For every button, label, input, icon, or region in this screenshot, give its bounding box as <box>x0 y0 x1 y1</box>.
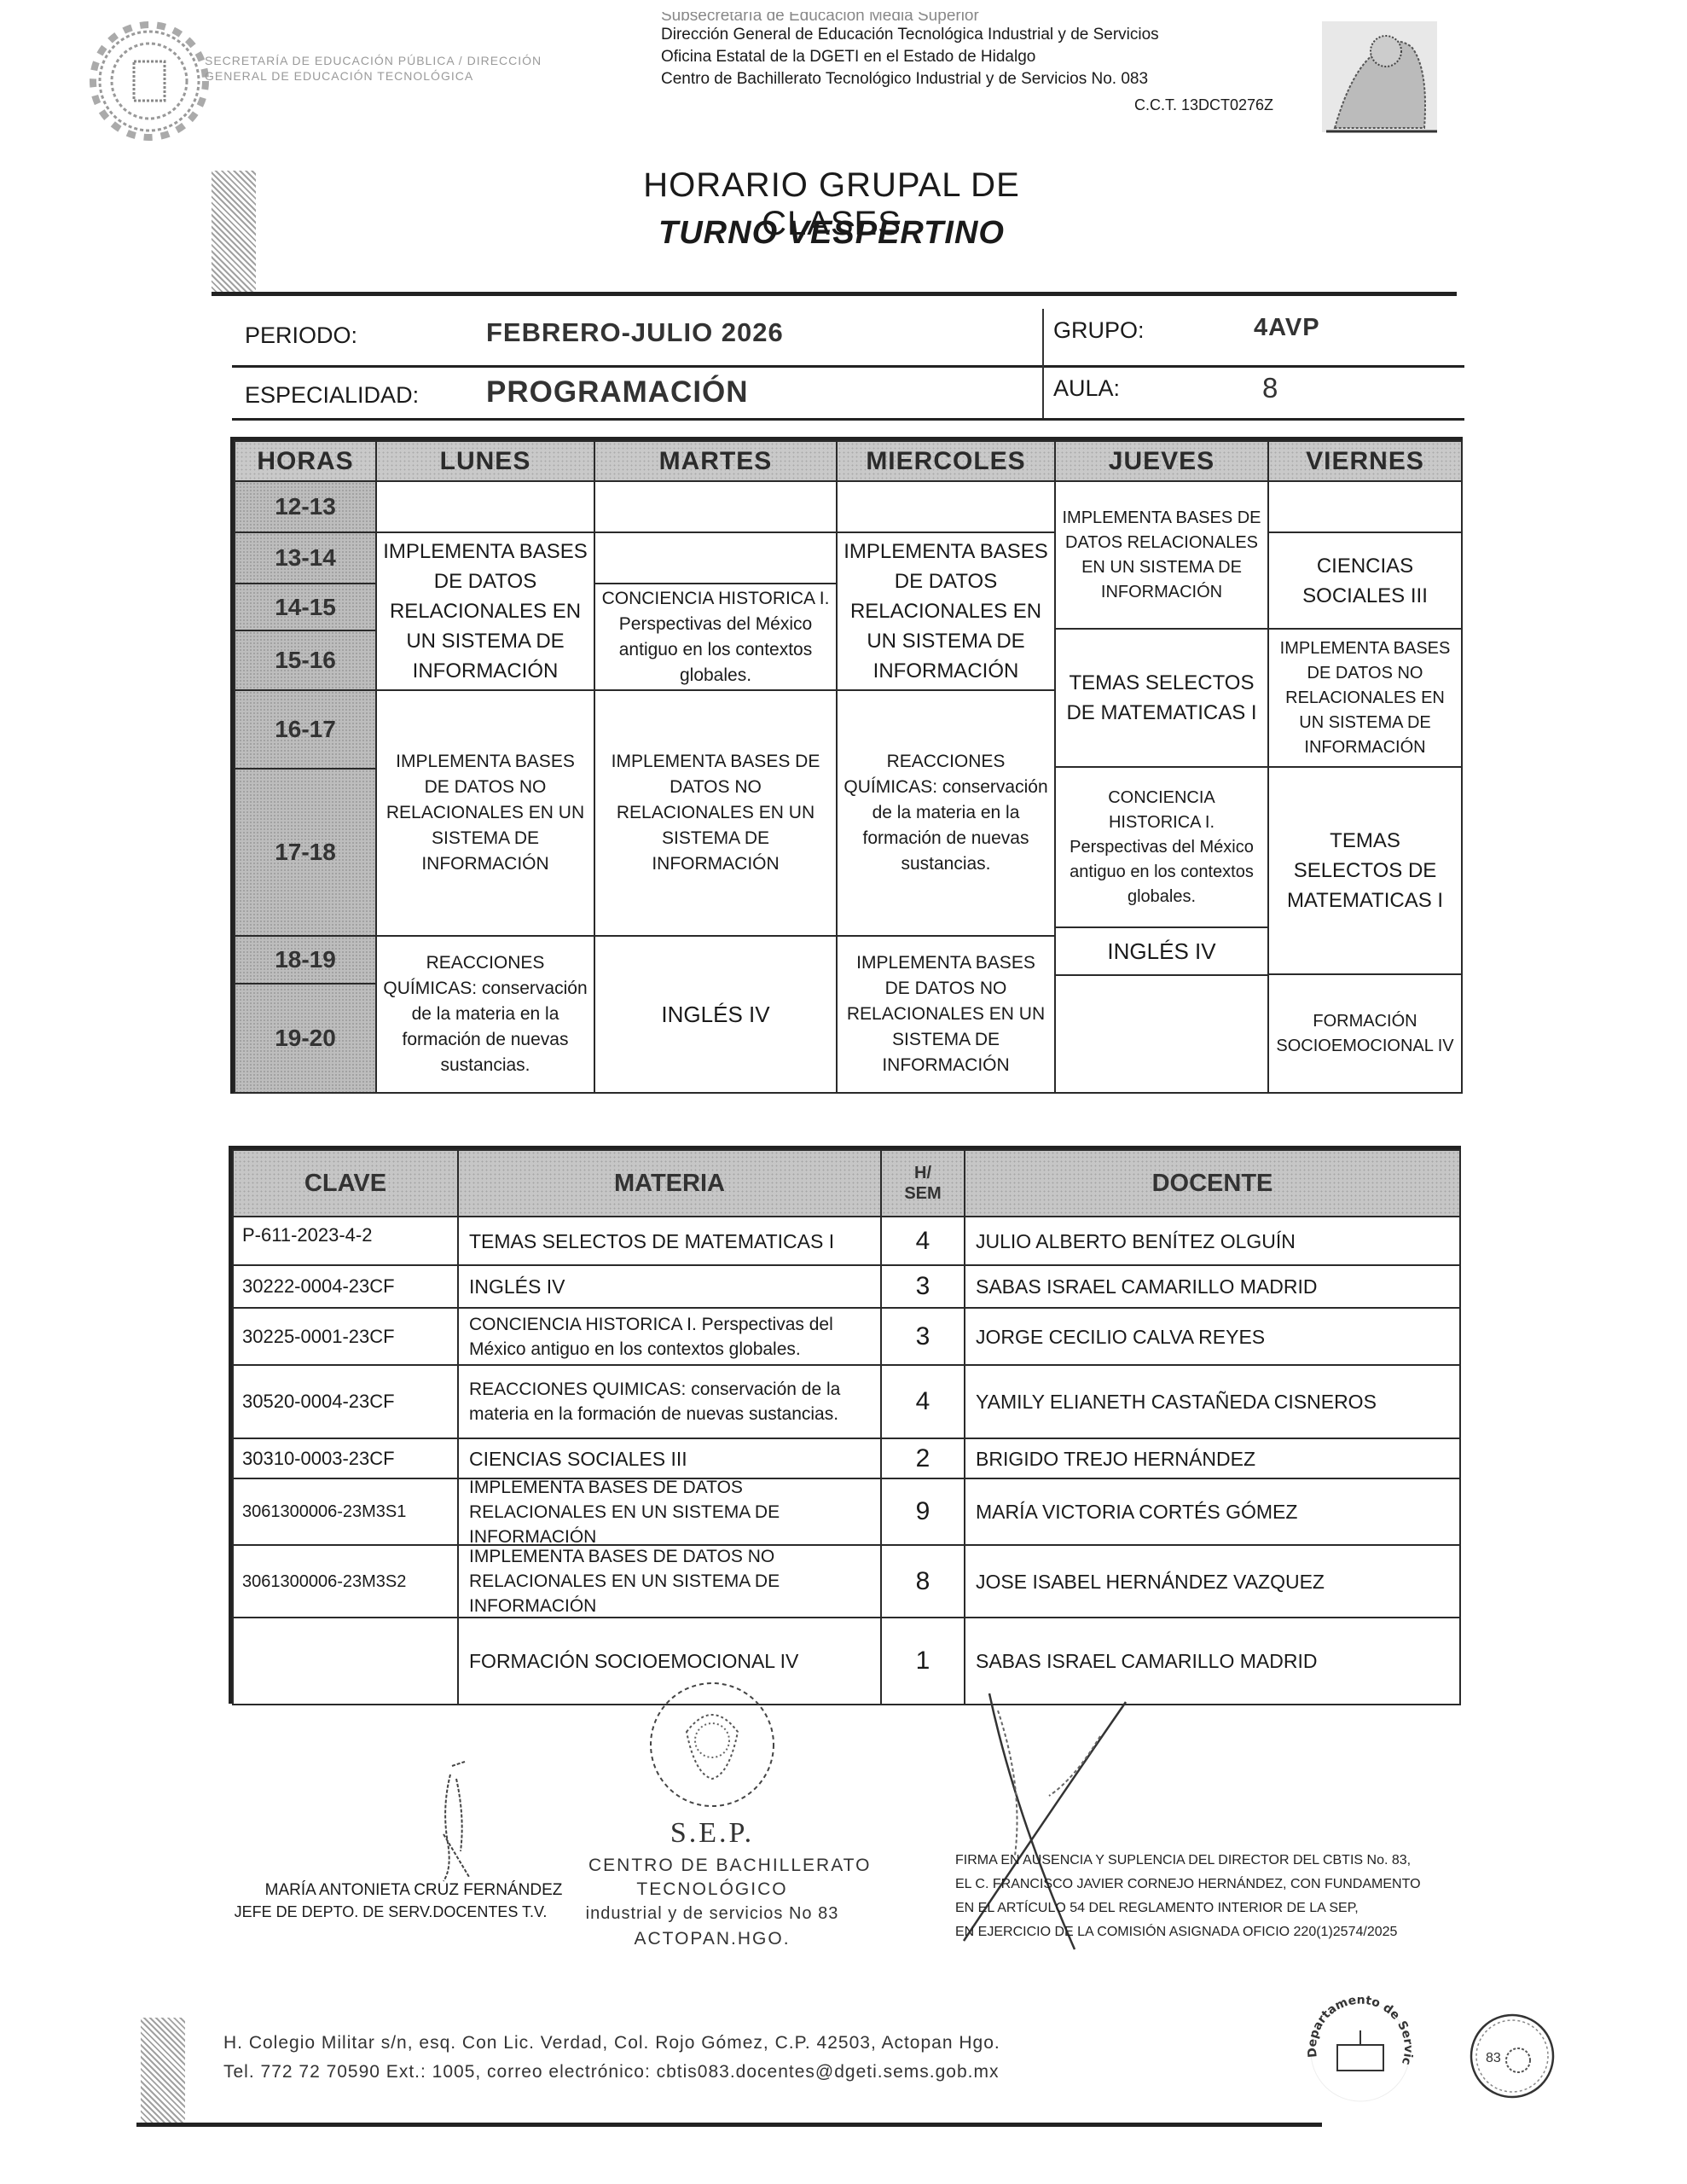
hour-slot: 14-15 <box>234 583 377 631</box>
info-divider <box>232 418 1464 421</box>
class-cell-jueves <box>1054 974 1269 1094</box>
docentes-department-stamp: Departamento de Servicios Docentes <box>1305 1992 1416 2116</box>
class-cell-miercoles: REACCIONES QUÍMICAS: conservación de la … <box>836 689 1056 937</box>
class-cell-viernes <box>1267 480 1463 533</box>
subject-docente: YAMILY ELIANETH CASTAÑEDA CISNEROS <box>964 1364 1461 1439</box>
seal-line: TECNOLÓGICO <box>588 1879 836 1900</box>
header-materia: MATERIA <box>457 1149 882 1217</box>
subject-clave: 30310-0003-23CF <box>232 1438 459 1479</box>
hour-slot: 12-13 <box>234 480 377 533</box>
note-line: EN EJERCICIO DE LA COMISIÓN ASIGNADA OFI… <box>955 1920 1421 1944</box>
decorative-pattern <box>212 171 256 294</box>
note-line: FIRMA EN AUSENCIA Y SUPLENCIA DEL DIRECT… <box>955 1849 1421 1873</box>
grupo-value: 4AVP <box>1254 314 1320 342</box>
class-cell-jueves: IMPLEMENTA BASES DE DATOS RELACIONALES E… <box>1054 480 1269 630</box>
subject-docente: MARÍA VICTORIA CORTÉS GÓMEZ <box>964 1478 1461 1546</box>
header-jueves: JUEVES <box>1054 440 1269 482</box>
hour-slot: 16-17 <box>234 689 377 770</box>
header-docente: DOCENTE <box>964 1149 1461 1217</box>
cct-code: C.C.T. 13DCT0276Z <box>1134 96 1273 114</box>
subject-hours-per-week: 3 <box>880 1307 965 1366</box>
seal-line: ACTOPAN.HGO. <box>588 1929 836 1949</box>
dgeti-logo-caption: SECRETARÍA DE EDUCACIÓN PÚBLICA / DIRECC… <box>205 53 563 84</box>
signature-mark-left <box>418 1757 486 1890</box>
hour-slot: 15-16 <box>234 630 377 691</box>
hour-slot: 18-19 <box>234 935 377 985</box>
class-cell-lunes: IMPLEMENTA BASES DE DATOS RELACIONALES E… <box>375 531 595 691</box>
class-cell-jueves: INGLÉS IV <box>1054 926 1269 976</box>
subject-clave <box>232 1617 459 1705</box>
svg-text:Departamento de Servicios Doce: Departamento de Servicios Docentes <box>1305 1992 1415 2066</box>
note-line: EL C. FRANCISCO JAVIER CORNEJO HERNÁNDEZ… <box>955 1873 1421 1896</box>
subject-materia: CIENCIAS SOCIALES III <box>457 1438 882 1479</box>
school-stamp: 83 <box>1465 2009 1559 2107</box>
subject-clave: 3061300006-23M3S1 <box>232 1478 459 1546</box>
class-cell-martes <box>594 531 838 584</box>
aula-label: AULA: <box>1053 375 1120 402</box>
info-divider <box>232 365 1464 368</box>
hour-slot: 17-18 <box>234 768 377 937</box>
footer-contact: Tel. 772 72 70590 Ext.: 1005, correo ele… <box>223 2062 999 2082</box>
seal-sep: S.E.P. <box>635 1817 789 1850</box>
subject-docente: JORGE CECILIO CALVA REYES <box>964 1307 1461 1366</box>
header-viernes: VIERNES <box>1267 440 1463 482</box>
periodo-label: PERIODO: <box>245 322 357 349</box>
header-martes: MARTES <box>594 440 838 482</box>
institution-line: Dirección General de Educación Tecnológi… <box>661 24 1326 46</box>
subject-hours-per-week: 4 <box>880 1216 965 1266</box>
note-line: EN EL ARTÍCULO 54 DEL REGLAMENTO INTERIO… <box>955 1896 1421 1920</box>
title-divider <box>212 292 1457 296</box>
subject-docente: JULIO ALBERTO BENÍTEZ OLGUÍN <box>964 1216 1461 1266</box>
schedule-grid: HORAS LUNES MARTES MIERCOLES JUEVES VIER… <box>230 437 1463 1094</box>
class-cell-lunes: IMPLEMENTA BASES DE DATOS NO RELACIONALE… <box>375 689 595 937</box>
grupo-label: GRUPO: <box>1053 317 1145 344</box>
class-cell-lunes <box>375 480 595 533</box>
periodo-value: FEBRERO-JULIO 2026 <box>486 317 784 348</box>
class-cell-miercoles <box>836 480 1056 533</box>
header-horas-semana: H/ SEM <box>880 1149 965 1217</box>
class-cell-miercoles: IMPLEMENTA BASES DE DATOS RELACIONALES E… <box>836 531 1056 691</box>
stamp-number: 83 <box>1486 2051 1501 2065</box>
class-cell-viernes: TEMAS SELECTOS DE MATEMATICAS I <box>1267 766 1463 975</box>
class-cell-lunes: REACCIONES QUÍMICAS: conservación de la … <box>375 935 595 1094</box>
subject-hours-per-week: 3 <box>880 1264 965 1309</box>
class-cell-jueves: TEMAS SELECTOS DE MATEMATICAS I <box>1054 628 1269 768</box>
seal-line: industrial y de servicios No 83 <box>580 1904 844 1924</box>
footer-divider <box>136 2123 1322 2127</box>
subject-materia: INGLÉS IV <box>457 1264 882 1309</box>
subject-materia: TEMAS SELECTOS DE MATEMATICAS I <box>457 1216 882 1266</box>
especialidad-value: PROGRAMACIÓN <box>486 375 749 409</box>
subject-materia: REACCIONES QUIMICAS: conservación de la … <box>457 1364 882 1439</box>
subject-docente: SABAS ISRAEL CAMARILLO MADRID <box>964 1264 1461 1309</box>
subject-docente: BRIGIDO TREJO HERNÁNDEZ <box>964 1438 1461 1479</box>
header-lunes: LUNES <box>375 440 595 482</box>
header-horas: HORAS <box>234 440 377 482</box>
institution-line: Subsecretaría de Educación Media Superio… <box>661 12 1326 24</box>
class-cell-viernes: CIENCIAS SOCIALES III <box>1267 531 1463 630</box>
subjects-table: CLAVE MATERIA H/ SEM DOCENTE P-611-2023-… <box>229 1146 1461 1704</box>
especialidad-label: ESPECIALIDAD: <box>245 382 419 409</box>
signer-left-title: JEFE DE DEPTO. DE SERV.DOCENTES T.V. <box>229 1903 553 1921</box>
decorative-pattern <box>141 2018 185 2124</box>
subject-hours-per-week: 4 <box>880 1364 965 1439</box>
subject-hours-per-week: 2 <box>880 1438 965 1479</box>
signer-left-name: MARÍA ANTONIETA CRUZ FERNÁNDEZ <box>252 1881 576 1900</box>
hour-slot: 19-20 <box>234 983 377 1094</box>
aula-value: 8 <box>1262 372 1278 404</box>
seal-line: CENTRO DE BACHILLERATO <box>588 1856 836 1876</box>
subject-clave: P-611-2023-4-2 <box>232 1216 459 1266</box>
info-column-divider <box>1042 309 1044 418</box>
class-cell-martes: CONCIENCIA HISTORICA I. Perspectivas del… <box>594 583 838 691</box>
director-substitution-note: FIRMA EN AUSENCIA Y SUPLENCIA DEL DIRECT… <box>955 1849 1421 1944</box>
subject-docente: JOSE ISABEL HERNÁNDEZ VAZQUEZ <box>964 1544 1461 1618</box>
subject-hours-per-week: 8 <box>880 1544 965 1618</box>
hour-slot: 13-14 <box>234 531 377 584</box>
class-cell-viernes: IMPLEMENTA BASES DE DATOS NO RELACIONALE… <box>1267 628 1463 768</box>
class-cell-viernes: FORMACIÓN SOCIOEMOCIONAL IV <box>1267 973 1463 1094</box>
historical-figure-emblem <box>1318 17 1441 136</box>
national-emblem-seal <box>635 1672 789 1821</box>
subject-materia: IMPLEMENTA BASES DE DATOS NO RELACIONALE… <box>457 1544 882 1618</box>
subject-clave: 30225-0001-23CF <box>232 1307 459 1366</box>
header-clave: CLAVE <box>232 1149 459 1217</box>
institution-header: Subsecretaría de Educación Media Superio… <box>661 12 1326 90</box>
subject-clave: 30520-0004-23CF <box>232 1364 459 1439</box>
footer-address: H. Colegio Militar s/n, esq. Con Lic. Ve… <box>223 2033 1000 2053</box>
hsem-top: H/ <box>914 1163 931 1183</box>
subject-hours-per-week: 9 <box>880 1478 965 1546</box>
class-cell-miercoles: IMPLEMENTA BASES DE DATOS NO RELACIONALE… <box>836 935 1056 1094</box>
class-cell-martes <box>594 480 838 533</box>
class-cell-jueves: CONCIENCIA HISTORICA I. Perspectivas del… <box>1054 766 1269 928</box>
institution-line: Centro de Bachillerato Tecnológico Indus… <box>661 68 1326 90</box>
subject-clave: 30222-0004-23CF <box>232 1264 459 1309</box>
header-miercoles: MIERCOLES <box>836 440 1056 482</box>
class-cell-martes: IMPLEMENTA BASES DE DATOS NO RELACIONALE… <box>594 689 838 937</box>
class-cell-martes: INGLÉS IV <box>594 935 838 1094</box>
shift-title: TURNO VESPERTINO <box>593 215 1070 252</box>
institution-line: Oficina Estatal de la DGETI en el Estado… <box>661 46 1326 68</box>
subject-clave: 3061300006-23M3S2 <box>232 1544 459 1618</box>
subject-materia: CONCIENCIA HISTORICA I. Perspectivas del… <box>457 1307 882 1366</box>
hsem-bottom: SEM <box>904 1183 941 1204</box>
subject-materia: IMPLEMENTA BASES DE DATOS RELACIONALES E… <box>457 1478 882 1546</box>
